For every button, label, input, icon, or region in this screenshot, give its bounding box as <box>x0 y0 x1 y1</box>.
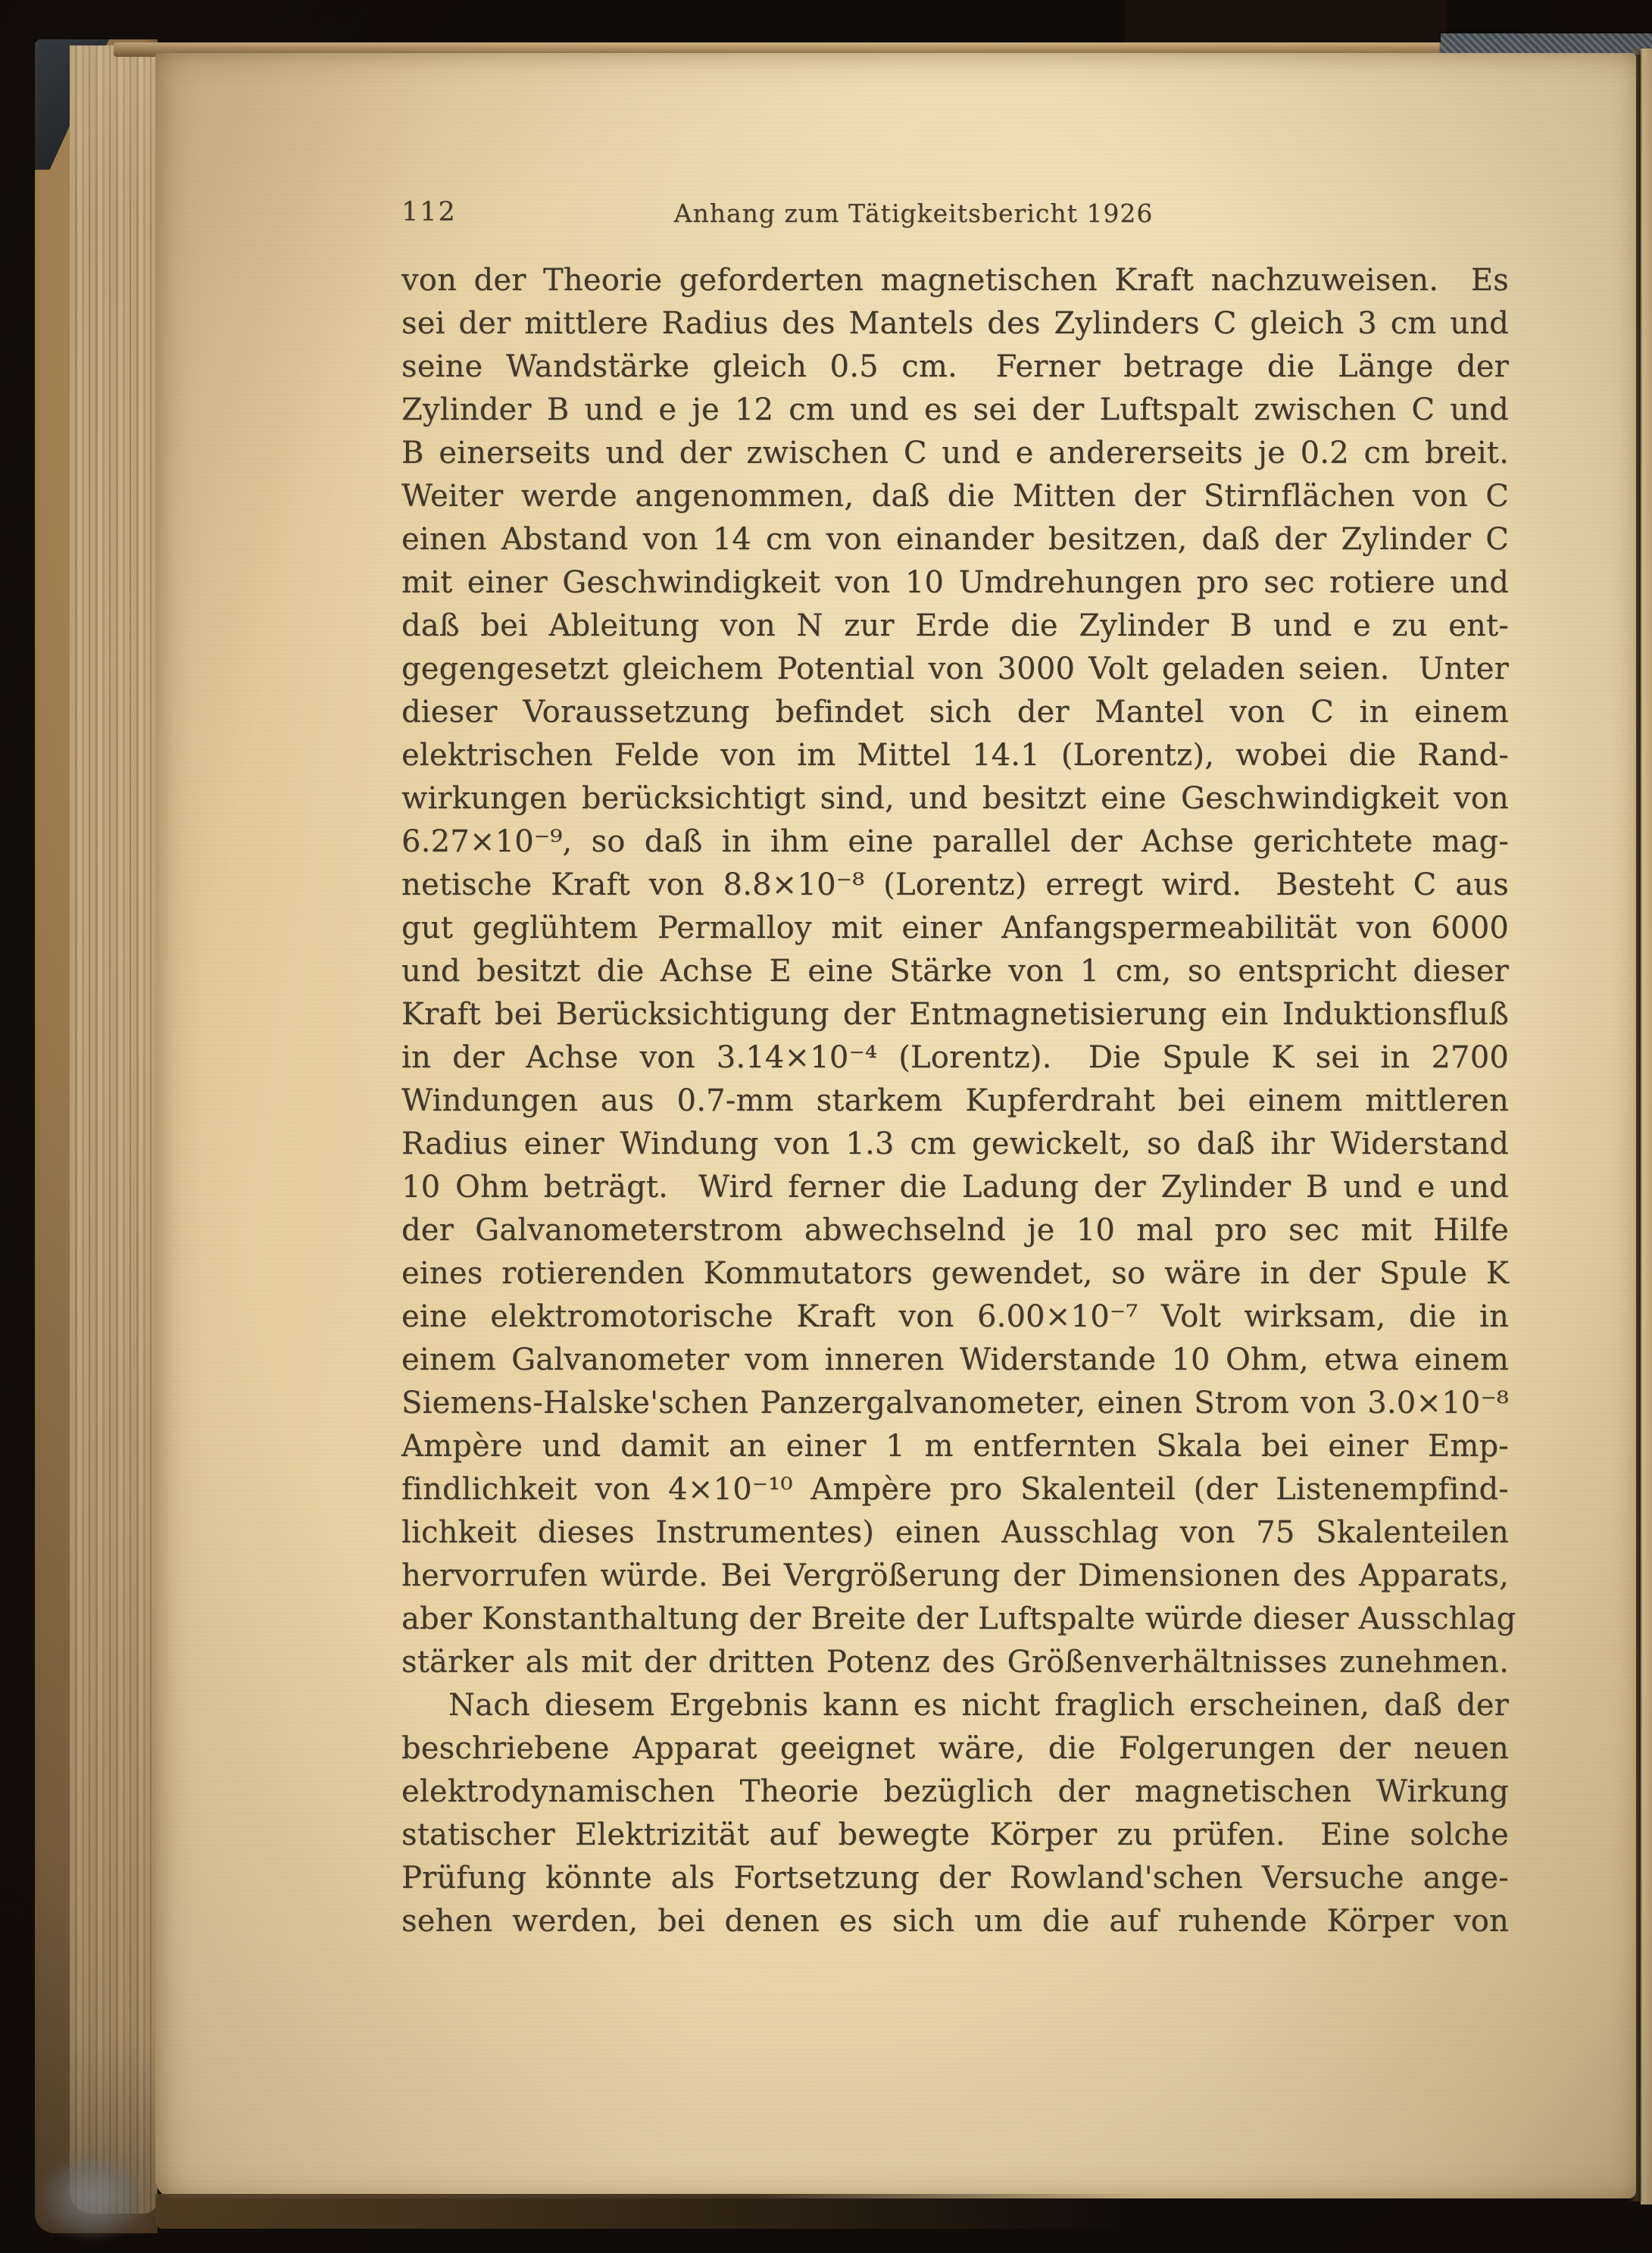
text-line: Nach diesem Ergebnis kann es nicht fragl… <box>401 1684 1509 1727</box>
text-line: statischer Elektrizität auf bewegte Körp… <box>401 1814 1509 1857</box>
text-line: in der Achse von 3.14×10⁻⁴ (Lorentz). Di… <box>401 1036 1509 1080</box>
running-head: Anhang zum Tätigkeitsbericht 1926 <box>360 198 1467 228</box>
text-line: eines rotierenden Kommutators gewendet, … <box>401 1252 1509 1295</box>
text-line: eine elektromotorische Kraft von 6.00×10… <box>401 1295 1509 1339</box>
text-line: beschriebene Apparat geeignet wäre, die … <box>401 1727 1509 1770</box>
body-text: von der Theorie geforderten magnetischen… <box>401 259 1509 1943</box>
text-line: Ampère und damit an einer 1 m entfernten… <box>401 1425 1509 1468</box>
text-line: wirkungen berücksichtigt sind, und besit… <box>401 777 1509 820</box>
text-line: B einerseits und der zwischen C und e an… <box>401 432 1509 475</box>
text-line: Prüfung könnte als Fortsetzung der Rowla… <box>401 1857 1509 1900</box>
text-line: dieser Voraussetzung befindet sich der M… <box>401 691 1509 734</box>
text-line: netische Kraft von 8.8×10⁻⁸ (Lorentz) er… <box>401 864 1509 907</box>
text-line: findlichkeit von 4×10⁻¹⁰ Ampère pro Skal… <box>401 1468 1509 1511</box>
text-line: Radius einer Windung von 1.3 cm gewickel… <box>401 1123 1509 1166</box>
book-scan: 112 Anhang zum Tätigkeitsbericht 1926 vo… <box>0 0 1652 2253</box>
text-line: sehen werden, bei denen es sich um die a… <box>401 1900 1509 1943</box>
text-line: und besitzt die Achse E eine Stärke von … <box>401 950 1509 993</box>
text-line: Windungen aus 0.7-mm starkem Kupferdraht… <box>401 1080 1509 1123</box>
text-line: stärker als mit der dritten Potenz des G… <box>401 1641 1509 1684</box>
scanner-background-seam <box>1125 0 1447 47</box>
text-line: seine Wandstärke gleich 0.5 cm. Ferner b… <box>401 345 1509 389</box>
text-line: Siemens-Halske'schen Panzergalvanometer,… <box>401 1382 1509 1425</box>
text-line: sei der mittlere Radius des Mantels des … <box>401 302 1509 345</box>
text-line: elektrodynamischen Theorie bezüglich der… <box>401 1770 1509 1814</box>
worn-corner-fuzz <box>42 2156 142 2238</box>
text-line: von der Theorie geforderten magnetischen… <box>401 259 1509 302</box>
text-line: gut geglühtem Permalloy mit einer Anfang… <box>401 907 1509 950</box>
page-edge-stack <box>70 45 158 2214</box>
text-line: gegengesetzt gleichem Potential von 3000… <box>401 648 1509 691</box>
text-line: elektrischen Felde von im Mittel 14.1 (L… <box>401 734 1509 777</box>
underlying-page-sliver <box>1641 48 1652 2205</box>
text-line: der Galvanometerstrom abwechselnd je 10 … <box>401 1209 1509 1252</box>
text-line: Kraft bei Berücksichtigung der Entmagnet… <box>401 993 1509 1036</box>
text-line: lichkeit dieses Instrumentes) einen Auss… <box>401 1511 1509 1555</box>
text-line: einem Galvanometer vom inneren Widerstan… <box>401 1339 1509 1382</box>
headband-cloth <box>1441 33 1652 55</box>
page-header: 112 Anhang zum Tätigkeitsbericht 1926 <box>401 197 1509 230</box>
text-line: mit einer Geschwindigkeit von 10 Umdrehu… <box>401 561 1509 605</box>
book-page: 112 Anhang zum Tätigkeitsbericht 1926 vo… <box>155 53 1636 2198</box>
bottom-board-edge <box>155 2194 1185 2229</box>
text-line: 10 Ohm beträgt. Wird ferner die Ladung d… <box>401 1166 1509 1209</box>
text-line: aber Konstanthaltung der Breite der Luft… <box>401 1598 1509 1641</box>
text-line: daß bei Ableitung von N zur Erde die Zyl… <box>401 605 1509 648</box>
text-line: 6.27×10⁻⁹, so daß in ihm eine parallel d… <box>401 820 1509 864</box>
text-line: Zylinder B und e je 12 cm und es sei der… <box>401 389 1509 432</box>
text-line: einen Abstand von 14 cm von einander bes… <box>401 518 1509 561</box>
text-line: Weiter werde angenommen, daß die Mitten … <box>401 475 1509 518</box>
text-line: hervorrufen würde. Bei Vergrößerung der … <box>401 1555 1509 1598</box>
